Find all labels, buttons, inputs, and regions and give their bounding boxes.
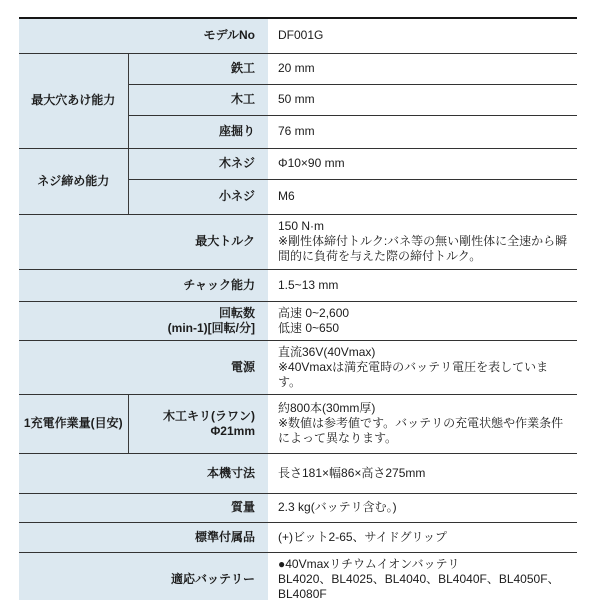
spec-value-chuck-capacity: 1.5~13 mm: [268, 269, 577, 301]
spec-label-chuck-capacity: チャック能力: [19, 269, 268, 301]
spec-value-wood-drill-lauan: 約800本(30mm厚) ※数値は参考値です。バッテリの充電状態や作業条件によっ…: [268, 394, 577, 453]
spec-label-max-torque: 最大トルク: [19, 214, 268, 269]
spec-value-rotation-speed: 高速 0~2,600 低速 0~650: [268, 301, 577, 340]
spec-value-machine-screw: M6: [268, 179, 577, 214]
spec-label-weight: 質量: [19, 493, 268, 522]
spec-value-power-source: 直流36V(40Vmax) ※40Vmaxは満充電時のバッテリ電圧を表しています…: [268, 340, 577, 394]
spec-value-steel: 20 mm: [268, 53, 577, 84]
spec-label-machine-screw: 小ネジ: [128, 179, 268, 214]
spec-label-wood-screw: 木ネジ: [128, 148, 268, 179]
spec-label-power-source: 電源: [19, 340, 268, 394]
spec-value-counterboring: 76 mm: [268, 115, 577, 148]
spec-value-standard-accessories: (+)ビット2-65、サイドグリップ: [268, 522, 577, 552]
spec-label-steel: 鉄工: [128, 53, 268, 84]
spec-group-max-drilling-capacity: 最大穴あけ能力: [19, 53, 128, 148]
spec-label-model-no: モデルNo: [19, 18, 268, 53]
spec-value-model-no: DF001G: [268, 18, 577, 53]
spec-label-counterboring: 座掘り: [128, 115, 268, 148]
spec-value-weight: 2.3 kg(バッテリ含む。): [268, 493, 577, 522]
spec-label-wood: 木工: [128, 84, 268, 115]
spec-group-work-per-charge: 1充電作業量(目安): [19, 394, 128, 453]
spec-label-dimensions: 本機寸法: [19, 453, 268, 493]
spec-value-dimensions: 長さ181×幅86×高さ275mm: [268, 453, 577, 493]
spec-label-rotation-speed: 回転数 (min-1)[回転/分]: [19, 301, 268, 340]
spec-label-wood-drill-lauan: 木工キリ(ラワン) Φ21mm: [128, 394, 268, 453]
spec-value-wood-screw: Φ10×90 mm: [268, 148, 577, 179]
spec-sheet-page: モデルNo DF001G 最大穴あけ能力 鉄工 20 mm 木工 50 mm 座…: [0, 0, 600, 600]
spec-value-max-torque: 150 N·m ※剛性体締付トルク:バネ等の無い剛性体に全速から瞬間的に負荷を与…: [268, 214, 577, 269]
spec-value-compatible-battery: ●40Vmaxリチウムイオンバッテリ BL4020、BL4025、BL4040、…: [268, 552, 577, 600]
spec-label-standard-accessories: 標準付属品: [19, 522, 268, 552]
spec-group-screw-fastening-capacity: ネジ締め能力: [19, 148, 128, 214]
spec-label-compatible-battery: 適応バッテリー: [19, 552, 268, 600]
spec-table: モデルNo DF001G 最大穴あけ能力 鉄工 20 mm 木工 50 mm 座…: [19, 17, 577, 600]
spec-value-wood: 50 mm: [268, 84, 577, 115]
